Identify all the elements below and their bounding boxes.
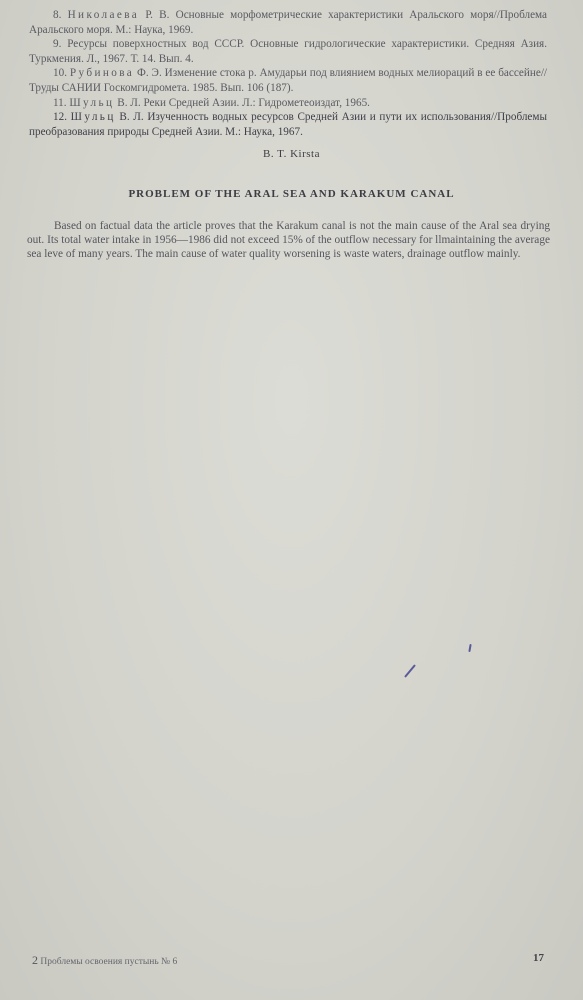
article-abstract: Based on factual data the article proves… [27, 219, 550, 262]
reference-item: 8. Николаева Р. В. Основные морфометриче… [29, 8, 547, 37]
reference-item: 11. Шульц В. Л. Реки Средней Азии. Л.: Г… [29, 96, 547, 111]
article-author: B. T. Kirsta [0, 148, 583, 160]
page-number: 17 [533, 952, 544, 964]
footer-signature: 2 Проблемы освоения пустынь № 6 [32, 953, 177, 968]
reference-item: 10. Рубинова Ф. Э. Изменение стока р. Ам… [29, 66, 547, 95]
signature-number: 2 [32, 953, 38, 967]
article-title: PROBLEM OF THE ARAL SEA AND KARAKUM CANA… [0, 188, 583, 200]
abstract-text: Based on factual data the article proves… [27, 219, 550, 262]
pen-mark [468, 644, 471, 652]
pen-mark [404, 664, 416, 678]
journal-name: Проблемы освоения пустынь № 6 [40, 957, 177, 967]
reference-item: 9. Ресурсы поверхностных вод СССР. Основ… [29, 37, 547, 66]
reference-item: 12. Шульц В. Л. Изученность водных ресур… [29, 110, 547, 139]
references-list: 8. Николаева Р. В. Основные морфометриче… [29, 8, 547, 139]
